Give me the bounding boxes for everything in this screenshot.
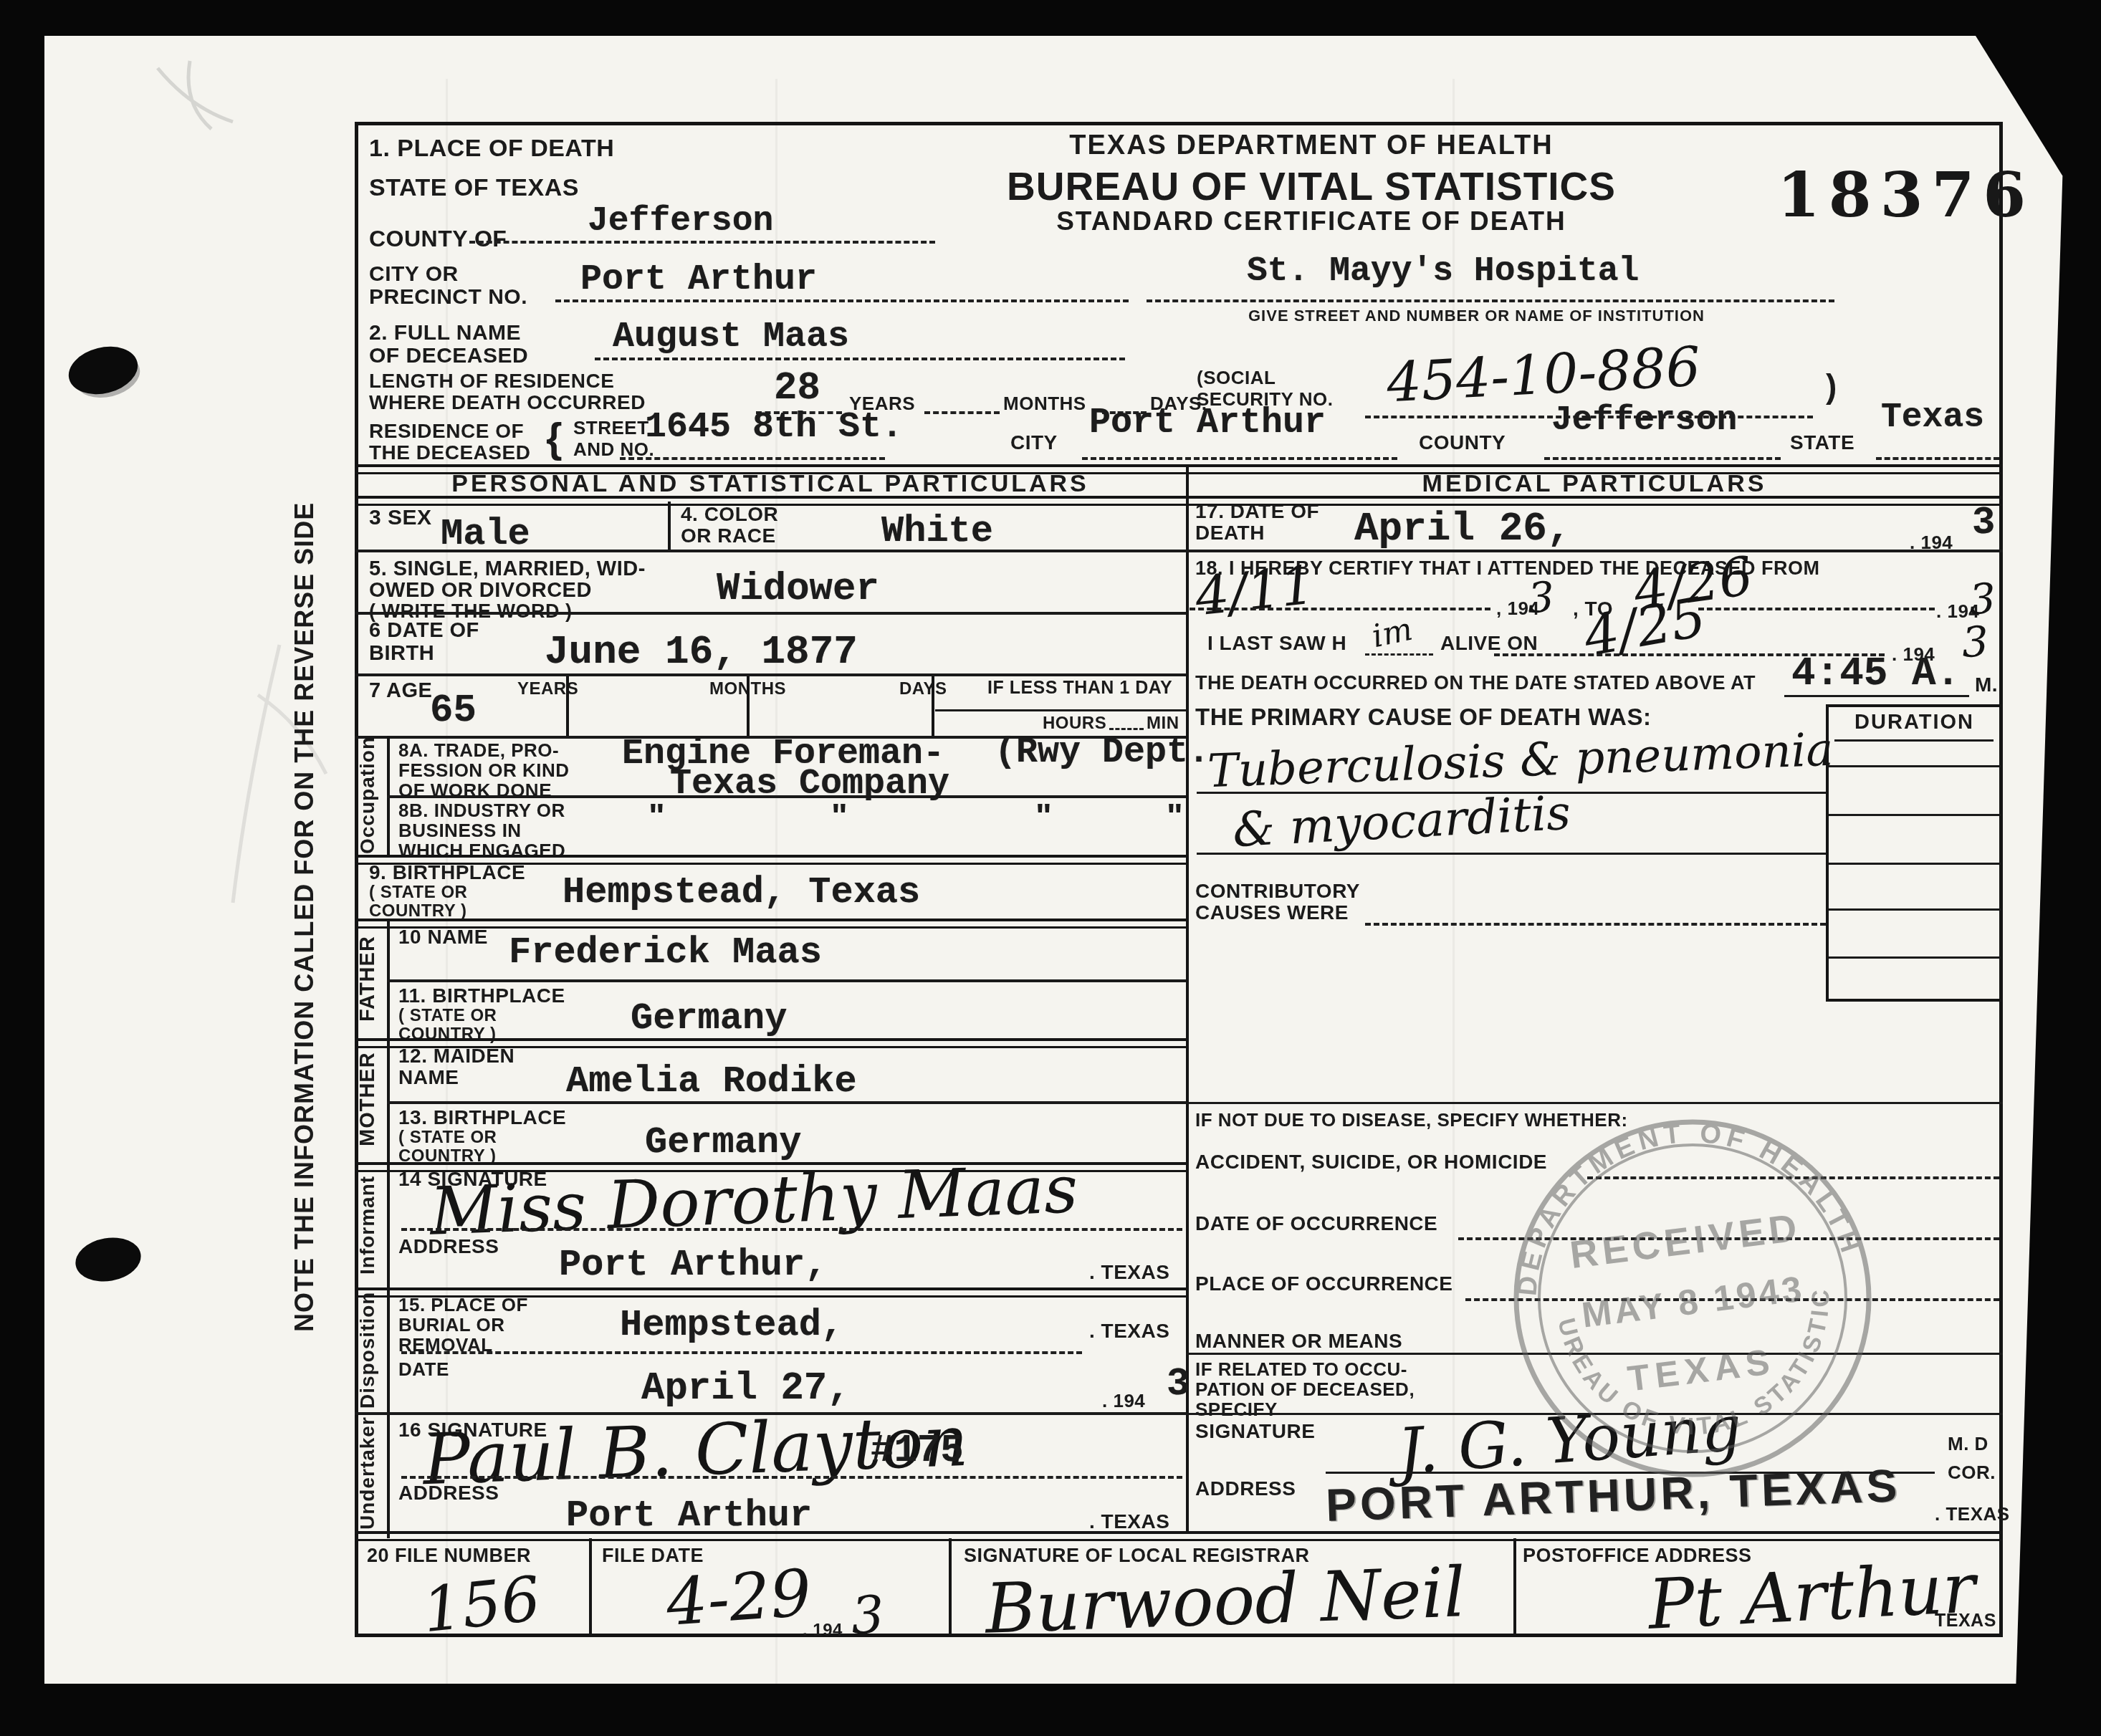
color-value: White	[881, 510, 993, 552]
contributory-label-1: CONTRIBUTORY	[1195, 880, 1360, 903]
length-label-2: WHERE DEATH OCCURRED	[369, 391, 646, 414]
divider	[949, 1538, 952, 1637]
rule	[1829, 814, 2001, 816]
res-state-value: Texas	[1881, 398, 1984, 437]
institution-note: GIVE STREET AND NUMBER OR NAME OF INSTIT…	[1248, 307, 1705, 325]
header-agency: TEXAS DEPARTMENT OF HEALTH	[924, 130, 1698, 161]
dod-label-1: 17. DATE OF	[1195, 500, 1319, 523]
months-label: MONTHS	[1003, 393, 1086, 415]
attended-from: 4/11	[1192, 555, 1317, 628]
trade-label-3: OF WORK DONE	[398, 780, 552, 802]
res-city-value: Port Arthur	[1089, 403, 1326, 443]
rule	[1544, 457, 1781, 460]
rule	[1784, 695, 1969, 697]
fullname-label-2: OF DECEASED	[369, 344, 528, 368]
rule	[1829, 956, 2001, 959]
place-occurrence-label: PLACE OF OCCURRENCE	[1195, 1272, 1453, 1295]
ditto-mark: "	[831, 797, 848, 836]
stamp-texas: TEXAS	[1625, 1341, 1777, 1399]
father-birthplace-label-2: ( STATE OR	[398, 1006, 497, 1026]
physician-address-state: . TEXAS	[1935, 1503, 2010, 1525]
date-occurrence-label: DATE OF OCCURRENCE	[1195, 1212, 1437, 1235]
father-name-label: 10 NAME	[398, 926, 488, 949]
rule-row	[387, 1101, 1186, 1104]
rule	[924, 411, 1000, 414]
occurred-label: THE DEATH OCCURRED ON THE DATE STATED AB…	[1195, 672, 1756, 694]
age-value: 65	[430, 689, 477, 733]
state-of-texas: STATE OF TEXAS	[369, 174, 579, 202]
section-1-label: 1. PLACE OF DEATH	[369, 135, 614, 163]
age-days-label: DAYS	[899, 679, 947, 699]
group-father: FATHER	[356, 921, 385, 1036]
trade-label-2: FESSION OR KIND	[398, 759, 570, 782]
file-number-value: 156	[419, 1563, 544, 1647]
dod-year-digit: 3	[1972, 502, 1995, 545]
street-label-1: STREET	[573, 417, 649, 439]
file-year-prefix: . 194	[803, 1621, 843, 1641]
marital-value: Widower	[717, 567, 879, 611]
res-city-label: CITY	[1010, 431, 1058, 454]
res-county-label: COUNTY	[1419, 431, 1506, 454]
rule	[1829, 765, 2001, 767]
group-disposition: Disposition	[356, 1290, 385, 1409]
group-occupation: Occupation	[356, 736, 385, 855]
birthplace-label: 9. BIRTHPLACE	[369, 861, 525, 884]
rule-row	[1186, 550, 2003, 552]
age-hours-label: HOURS	[1043, 714, 1106, 734]
informant-address-value: Port Arthur,	[559, 1244, 827, 1286]
dod-label-2: DEATH	[1195, 522, 1265, 545]
res-county-value: Jefferson	[1551, 401, 1737, 440]
street-value: 1645 8th St.	[645, 407, 903, 448]
burial-date-value: April 27,	[641, 1367, 851, 1411]
rule	[1109, 728, 1144, 730]
length-label-1: LENGTH OF RESIDENCE	[369, 370, 614, 393]
ssn-close-paren: )	[1826, 367, 1837, 406]
physician-signature-label: SIGNATURE	[1195, 1420, 1315, 1443]
header-bureau: BUREAU OF VITAL STATISTICS	[924, 163, 1698, 209]
institution-value: St. Mayy's Hospital	[1247, 252, 1639, 291]
divider	[589, 1538, 592, 1637]
related-label-2: PATION OF DECEASED,	[1195, 1378, 1415, 1401]
certificate-number: 18376	[1777, 159, 2034, 231]
cor-label: COR.	[1948, 1462, 1996, 1484]
residence-label-1: RESIDENCE OF	[369, 420, 524, 443]
trade-value-2: Texas Company	[670, 764, 949, 805]
last-year-digit: 3	[1961, 617, 1989, 667]
rule	[401, 1476, 1182, 1479]
divider	[566, 676, 569, 736]
residence-brace: {	[546, 414, 563, 462]
physician-address-label: ADDRESS	[1195, 1477, 1296, 1500]
rule	[1197, 853, 1826, 855]
fullname-value: August Maas	[613, 317, 849, 358]
birthplace-label-2: ( STATE OR	[369, 883, 467, 903]
rule	[469, 241, 935, 244]
burial-year-digit: 3	[1167, 1363, 1190, 1406]
maiden-value: Amelia Rodike	[566, 1060, 857, 1103]
rule	[1190, 608, 1490, 610]
father-name-value: Frederick Maas	[509, 931, 822, 974]
age-min-label: MIN	[1147, 714, 1179, 734]
fullname-label-1: 2. FULL NAME	[369, 321, 521, 345]
from-year-digit: 3	[1526, 572, 1555, 623]
rule	[1698, 608, 1935, 610]
color-label-1: 4. COLOR	[681, 503, 778, 526]
rule-band	[355, 496, 2003, 506]
dob-label-2: BIRTH	[369, 642, 434, 666]
rule	[1365, 923, 1826, 926]
color-label-2: OR RACE	[681, 524, 776, 547]
marital-label-2: OWED OR DIVORCED	[369, 579, 592, 603]
stamp-date: MAY 8 1943	[1579, 1268, 1806, 1335]
industry-label-2: BUSINESS IN	[398, 820, 522, 842]
rule	[1082, 457, 1397, 460]
manner-label: MANNER OR MEANS	[1195, 1330, 1402, 1353]
file-date-value: 4-29	[664, 1555, 814, 1641]
marital-label-1: 5. SINGLE, MARRIED, WID-	[369, 557, 646, 581]
dob-label-1: 6 DATE OF	[369, 619, 479, 643]
group-divider	[387, 921, 390, 1538]
informant-address-state: . TEXAS	[1089, 1261, 1169, 1284]
maiden-label-1: 12. MAIDEN	[398, 1045, 515, 1068]
rule	[1147, 299, 1834, 302]
divider	[668, 502, 671, 550]
time-value: 4:45 A.	[1791, 651, 1960, 696]
undertaker-signature-no: #175	[871, 1429, 964, 1473]
rule	[1365, 653, 1433, 656]
industry-label-1: 8B. INDUSTRY OR	[398, 800, 565, 822]
registrar-state: TEXAS	[1935, 1611, 1996, 1631]
undertaker-address-state: . TEXAS	[1089, 1510, 1169, 1533]
rule	[1834, 739, 1994, 742]
burial-place-label-2: BURIAL OR	[398, 1314, 504, 1336]
county-value: Jefferson	[588, 202, 773, 241]
city-value: Port Arthur	[580, 259, 817, 300]
burial-year-prefix: . 194	[1102, 1390, 1145, 1412]
trade-value-paren: (Rwy Dept.	[995, 732, 1210, 773]
registrar-signature-place: Pt Arthur	[1646, 1548, 1977, 1645]
rule	[401, 1228, 1182, 1231]
rule	[620, 457, 885, 460]
band-medical: MEDICAL PARTICULARS	[1186, 470, 2003, 498]
birthplace-value: Hempstead, Texas	[563, 871, 920, 913]
res-state-label: STATE	[1790, 431, 1854, 454]
rule-row	[387, 795, 1186, 798]
county-label: COUNTY OF	[369, 226, 507, 252]
last-saw-label-1: I LAST SAW H	[1207, 632, 1346, 655]
rule-row	[355, 612, 1186, 615]
city-label-1: CITY OR	[369, 262, 459, 287]
burial-place-label-1: 15. PLACE OF	[398, 1294, 528, 1316]
residence-label-2: THE DECEASED	[369, 441, 530, 464]
rule-row	[355, 550, 1186, 552]
ssn-label-1: (SOCIAL	[1197, 367, 1276, 389]
divider	[1513, 1538, 1516, 1637]
trade-label-1: 8A. TRADE, PRO-	[398, 739, 559, 762]
age-label: 7 AGE	[369, 679, 432, 703]
mother-birthplace-label: 13. BIRTHPLACE	[398, 1106, 566, 1129]
header-doc-title: STANDARD CERTIFICATE OF DEATH	[924, 206, 1698, 236]
burial-date-label: DATE	[398, 1358, 449, 1381]
dod-value: April 26,	[1354, 506, 1571, 552]
informant-address-label: ADDRESS	[398, 1235, 499, 1258]
rule	[1829, 863, 2001, 865]
age-years-label: YEARS	[517, 679, 578, 699]
related-label-1: IF RELATED TO OCCU-	[1195, 1358, 1407, 1381]
rule	[1876, 457, 1999, 460]
group-informant: Informant	[356, 1165, 385, 1285]
city-label-2: PRECINCT NO.	[369, 285, 527, 310]
ditto-mark: "	[1167, 797, 1183, 836]
divider	[747, 676, 750, 736]
ditto-mark: "	[1035, 797, 1052, 836]
length-years-value: 28	[774, 367, 820, 411]
stamp-received: RECEIVED	[1568, 1206, 1804, 1277]
rule-row	[1186, 1102, 2003, 1104]
mother-birthplace-label-2: ( STATE OR	[398, 1128, 497, 1148]
burial-place-value: Hempstead,	[620, 1304, 843, 1346]
file-number-label: 20 FILE NUMBER	[367, 1545, 531, 1567]
rule-band	[355, 1531, 2003, 1541]
burial-place-state: . TEXAS	[1089, 1320, 1169, 1343]
rule	[595, 358, 1125, 360]
group-undertaker: Undertaker	[356, 1415, 385, 1531]
cause-label: THE PRIMARY CAUSE OF DEATH WAS:	[1195, 704, 1651, 731]
rule	[555, 299, 1129, 302]
divider	[932, 676, 934, 736]
rule	[1829, 908, 2001, 911]
registrar-signature: Burwood Neil	[984, 1552, 1467, 1649]
md-label: M. D	[1948, 1433, 1988, 1455]
related-label-3: SPECIFY	[1195, 1399, 1278, 1421]
father-birthplace-label: 11. BIRTHPLACE	[398, 984, 565, 1007]
duration-label: DURATION	[1826, 711, 2003, 734]
received-stamp: DEPARTMENT OF HEALTH BUREAU OF VITAL STA…	[1469, 1075, 1916, 1522]
rule	[401, 1351, 1082, 1354]
dob-value: June 16, 1877	[545, 629, 858, 675]
group-mother: MOTHER	[356, 1041, 385, 1157]
contributory-label-2: CAUSES WERE	[1195, 901, 1349, 924]
maiden-label-2: NAME	[398, 1066, 459, 1089]
file-year-digit: 3	[850, 1584, 886, 1646]
rule-row	[355, 673, 1186, 676]
sex-label: 3 SEX	[369, 506, 432, 530]
father-birthplace-value: Germany	[631, 997, 787, 1040]
meridiem-label: M.	[1975, 673, 1998, 696]
age-less-label: IF LESS THAN 1 DAY	[987, 678, 1172, 699]
undertaker-address-label: ADDRESS	[398, 1482, 499, 1505]
last-saw-label-2: ALIVE ON	[1440, 632, 1538, 655]
margin-note: NOTE THE INFORMATION CALLED FOR ON THE R…	[289, 459, 322, 1376]
band-personal: PERSONAL AND STATISTICAL PARTICULARS	[355, 470, 1186, 498]
ditto-mark: "	[649, 797, 665, 836]
rule-row	[387, 979, 1186, 982]
rule	[935, 709, 1186, 711]
mother-birthplace-value: Germany	[645, 1121, 801, 1164]
